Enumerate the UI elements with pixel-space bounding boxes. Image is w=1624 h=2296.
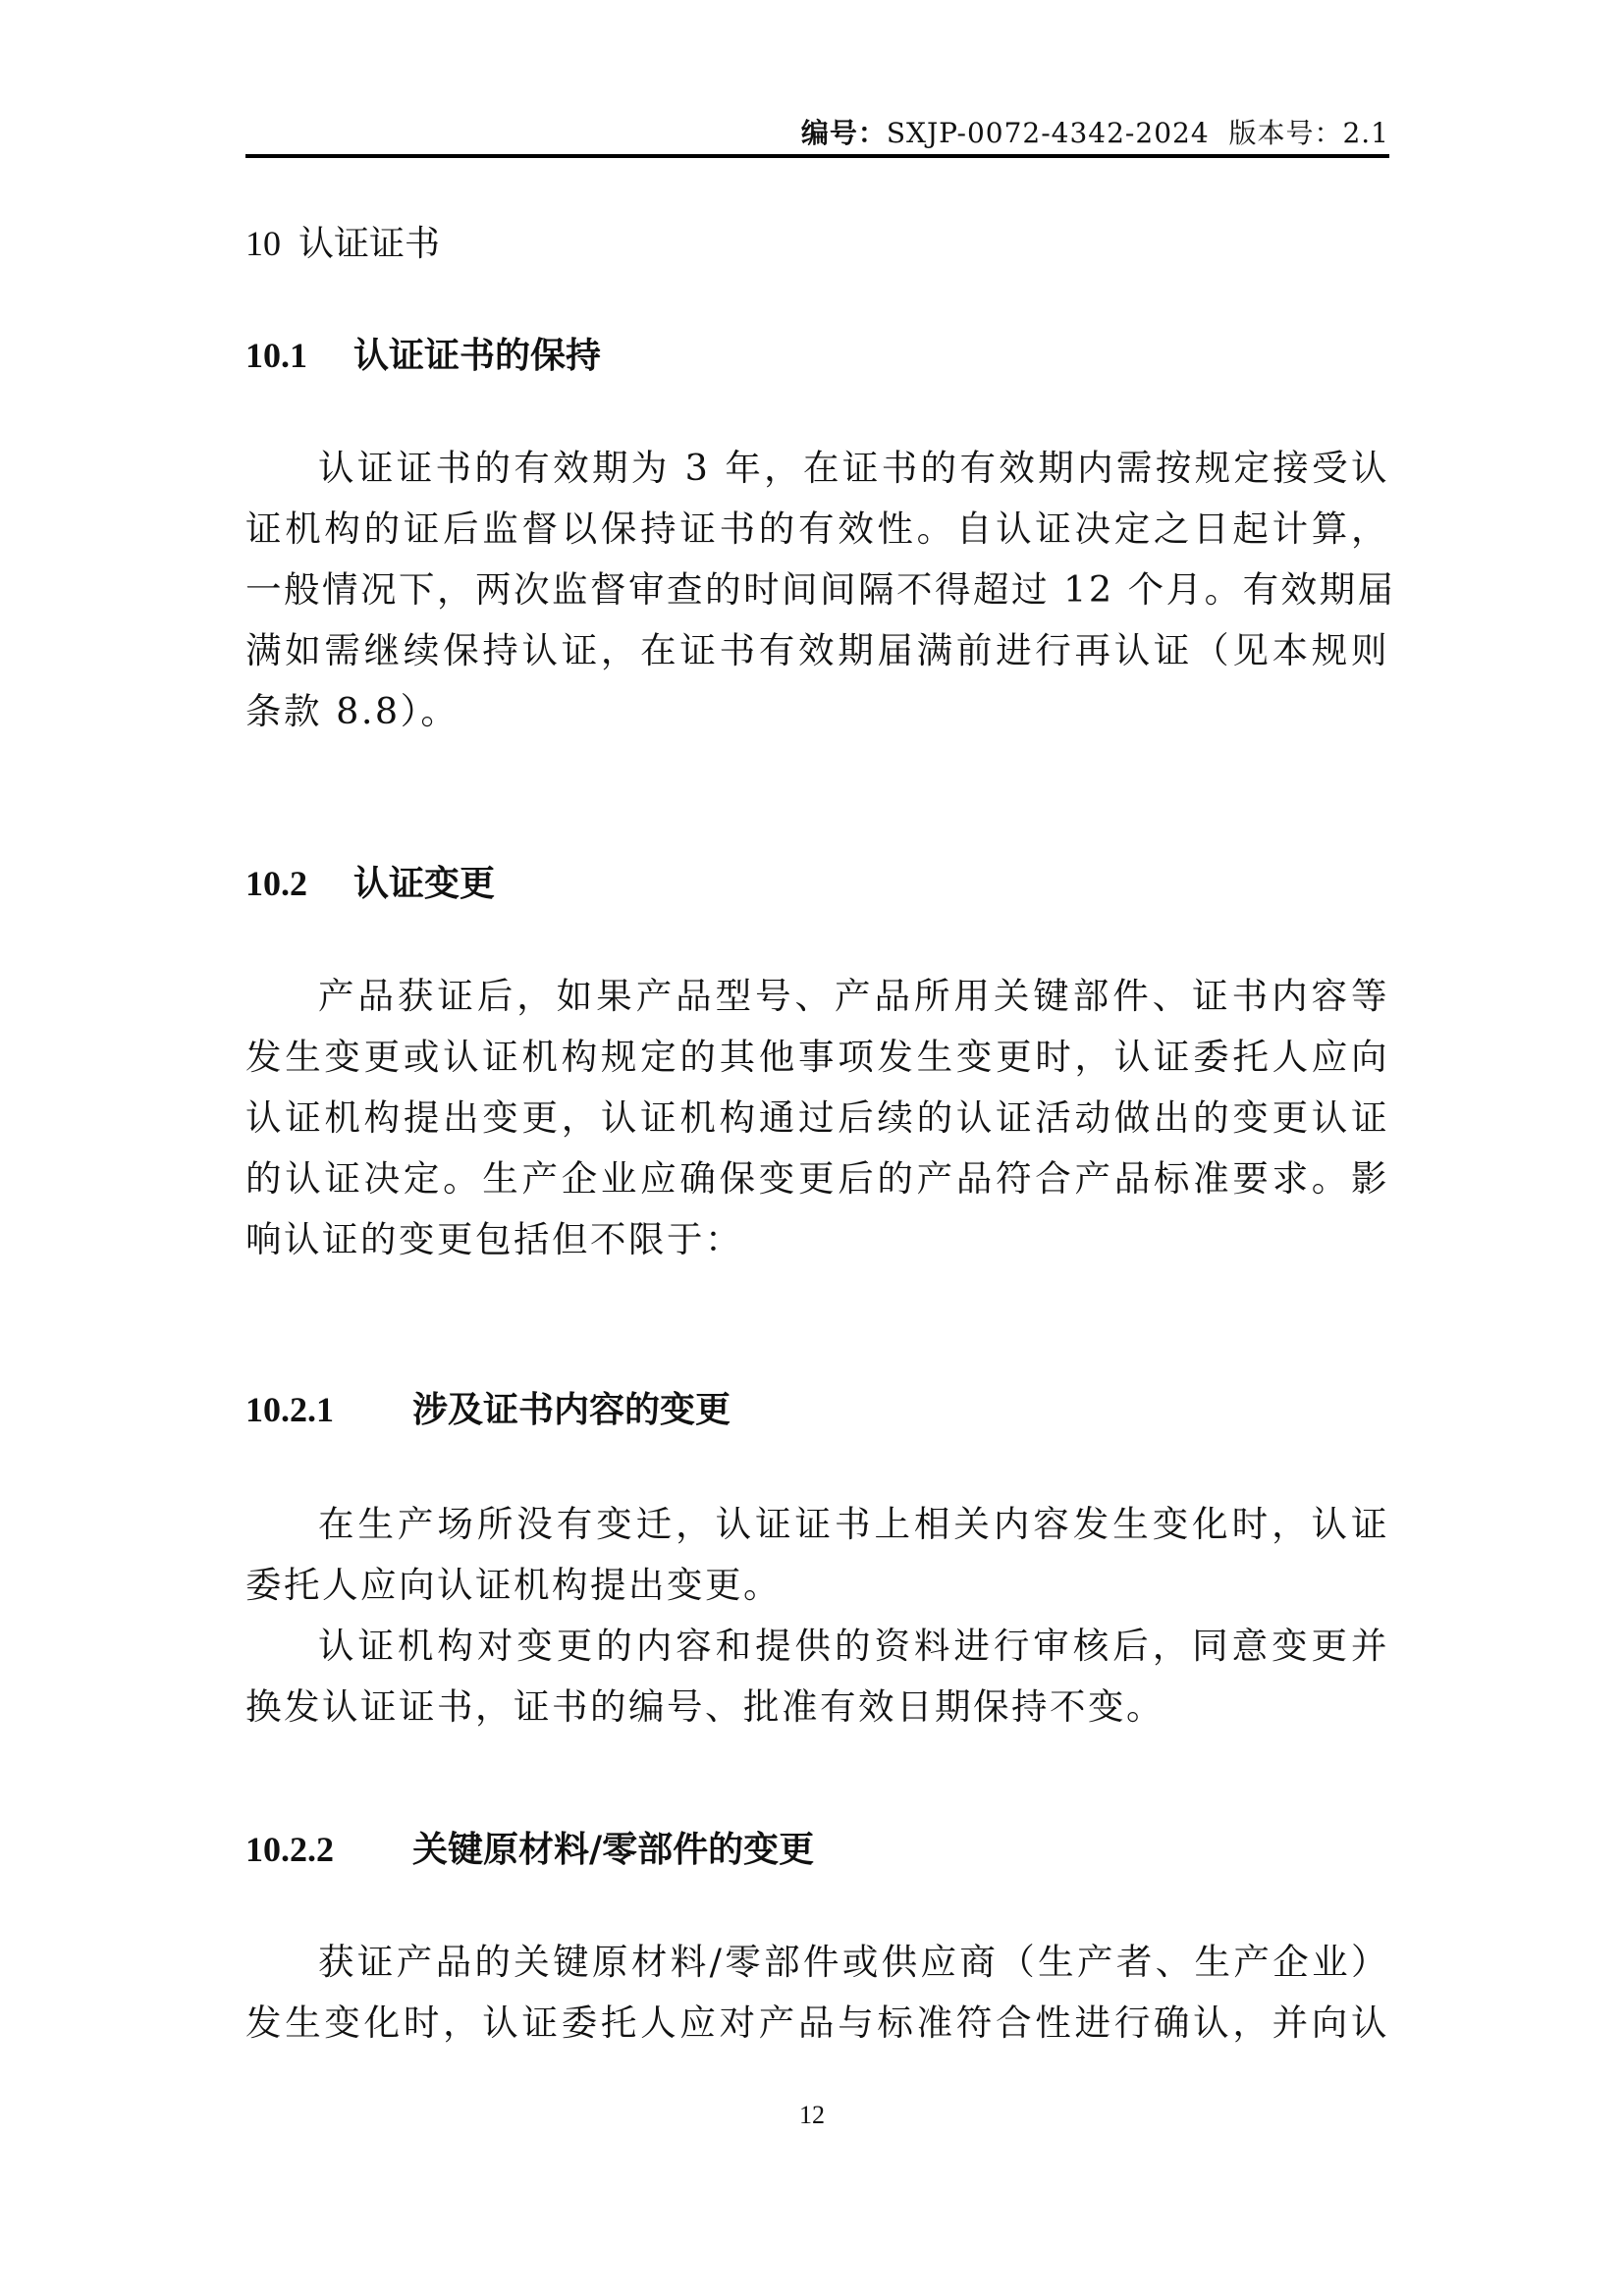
text-line: 认证机构提出变更，认证机构通过后续的认证活动做出的变更认证 [245,1088,1389,1148]
text-line: 满如需继续保持认证，在证书有效期届满前进行再认证（见本规则 [245,620,1389,681]
text-line: 一般情况下，两次监督审查的时间间隔不得超过 12 个月。有效期届 [245,560,1389,620]
section-heading-10-2-2: 10.2.2关键原材料/零部件的变更 [245,1828,814,1871]
doc-number: SXJP-0072-4342-2024 [887,117,1210,149]
text-line: 证机构的证后监督以保持证书的有效性。自认证决定之日起计算， [245,499,1389,560]
section-title: 关键原材料/零部件的变更 [412,1829,814,1870]
section-title: 认证证书 [298,224,440,264]
section-title: 认证证书的保持 [353,335,601,376]
section-title: 认证变更 [353,863,495,904]
paragraph-content-change-2: 认证机构对变更的内容和提供的资料进行审核后，同意变更并 换发认证证书，证书的编号… [245,1616,1389,1737]
section-number: 10.2.2 [245,1828,412,1871]
section-number: 10.2.1 [245,1388,412,1431]
text-line: 换发认证证书，证书的编号、批准有效日期保持不变。 [245,1677,1389,1737]
section-number: 10.2 [245,862,353,905]
paragraph-certificate-maintenance: 认证证书的有效期为 3 年，在证书的有效期内需按规定接受认 证机构的证后监督以保… [245,438,1389,742]
text-line: 发生变更或认证机构规定的其他事项发生变更时，认证委托人应向 [245,1027,1389,1088]
paragraph-certificate-change: 产品获证后，如果产品型号、产品所用关键部件、证书内容等 发生变更或认证机构规定的… [245,966,1389,1270]
section-number: 10.1 [245,334,353,377]
section-number: 10 [245,224,281,263]
paragraph-content-change-1: 在生产场所没有变迁，认证证书上相关内容发生变化时，认证 委托人应向认证机构提出变… [245,1494,1389,1616]
text-line: 获证产品的关键原材料/零部件或供应商（生产者、生产企业） [245,1932,1389,1993]
doc-number-label: 编号： [801,117,887,149]
text-line: 委托人应向认证机构提出变更。 [245,1555,1389,1616]
text-line: 响认证的变更包括但不限于： [245,1209,1389,1270]
text-line: 条款 8.8）。 [245,681,1389,742]
paragraph-key-material-change: 获证产品的关键原材料/零部件或供应商（生产者、生产企业） 发生变化时，认证委托人… [245,1932,1389,2054]
version-number: 2.1 [1342,117,1389,149]
text-line: 在生产场所没有变迁，认证证书上相关内容发生变化时，认证 [245,1494,1389,1555]
section-heading-10-2-1: 10.2.1涉及证书内容的变更 [245,1388,731,1431]
section-heading-10-1: 10.1认证证书的保持 [245,334,601,377]
text-line: 发生变化时，认证委托人应对产品与标准符合性进行确认，并向认 [245,1993,1389,2054]
header-divider [245,154,1389,158]
section-title: 涉及证书内容的变更 [412,1389,731,1430]
page-number: 12 [0,2101,1624,2130]
text-line: 的认证决定。生产企业应确保变更后的产品符合产品标准要求。影 [245,1148,1389,1209]
text-line: 认证证书的有效期为 3 年，在证书的有效期内需按规定接受认 [245,438,1389,499]
section-heading-10-2: 10.2认证变更 [245,862,495,905]
text-line: 产品获证后，如果产品型号、产品所用关键部件、证书内容等 [245,966,1389,1027]
section-heading-10: 10认证证书 [245,222,440,266]
text-line: 认证机构对变更的内容和提供的资料进行审核后，同意变更并 [245,1616,1389,1677]
page-header: 编号：SXJP-0072-4342-2024 版本号：2.1 [245,116,1389,151]
version-label: 版本号： [1228,117,1342,149]
